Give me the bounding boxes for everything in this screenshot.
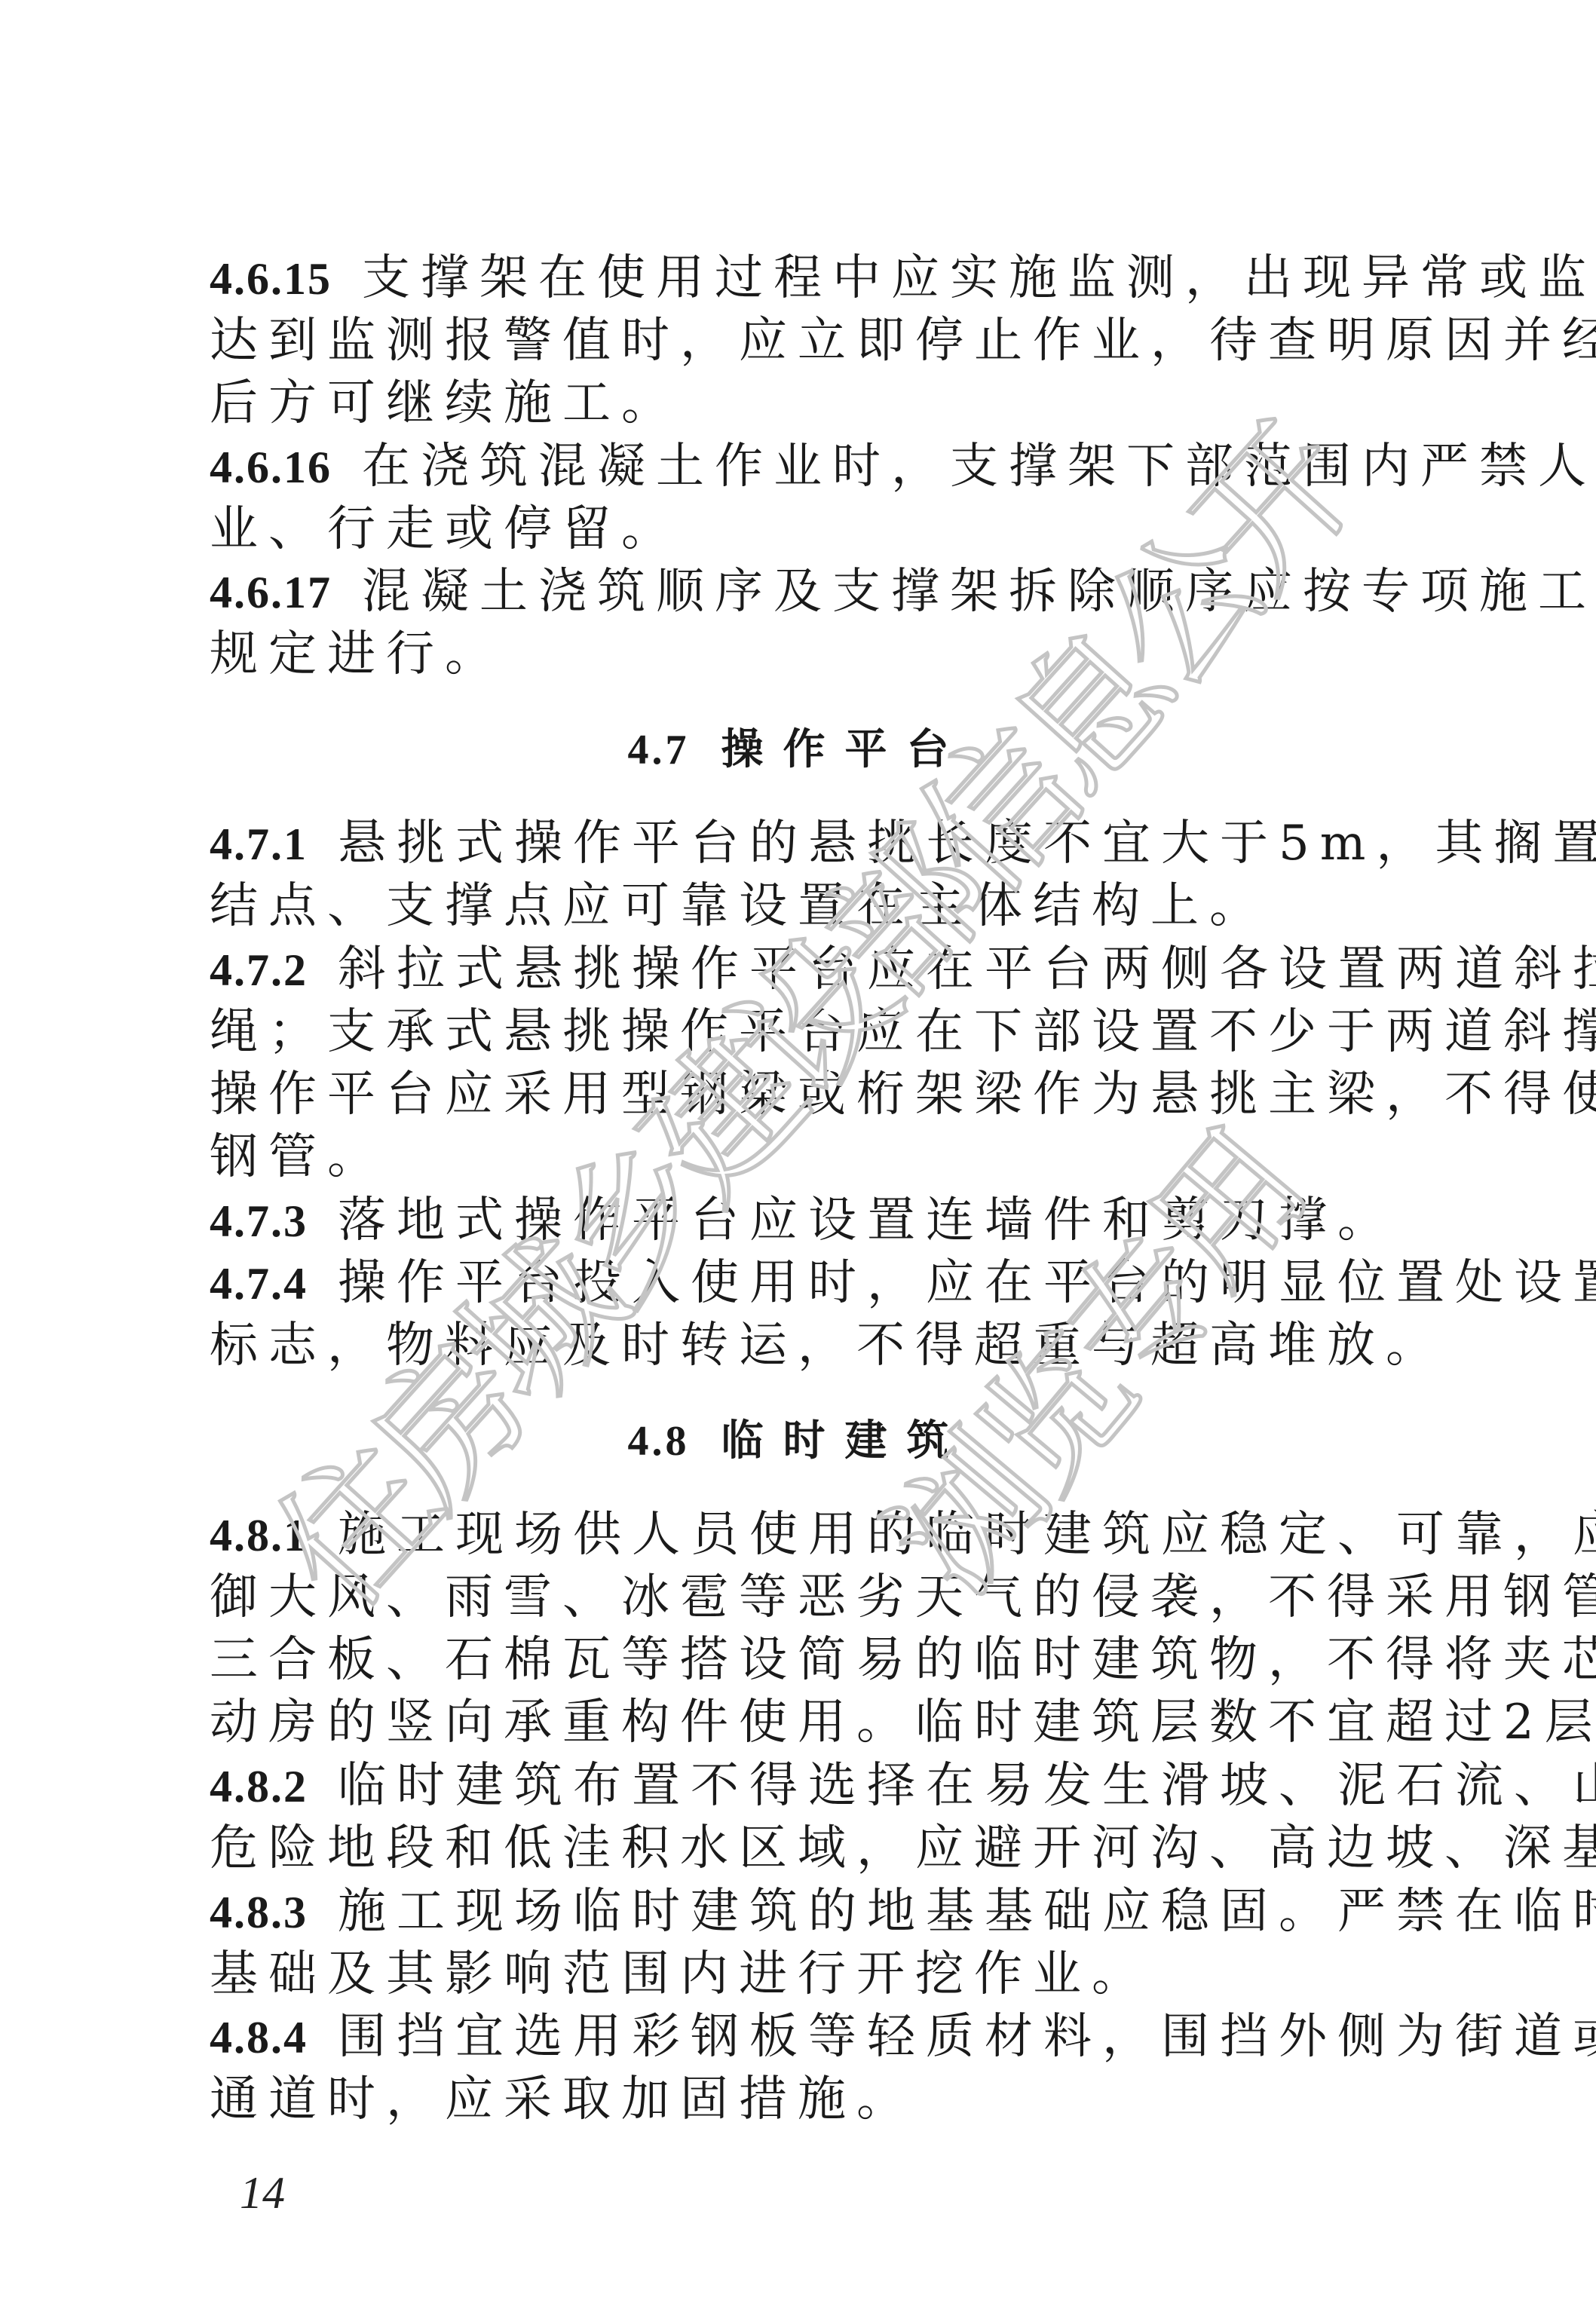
clause-line: 结点、支撑点应可靠设置在主体结构上。 [210, 875, 1401, 938]
clause-4-6-17: 4.6.17混凝土浇筑顺序及支撑架拆除顺序应按专项施工方案的 规定进行。 [210, 561, 1401, 686]
section-number: 4.8 [628, 1418, 690, 1465]
clause-line: 标志，物料应及时转运，不得超重与超高堆放。 [210, 1315, 1401, 1377]
clause-line: 4.6.16在浇筑混凝土作业时，支撑架下部范围内严禁人员作 [210, 436, 1401, 498]
clause-4-6-15: 4.6.15支撑架在使用过程中应实施监测，出现异常或监测数据 达到监测报警值时，… [210, 247, 1401, 435]
clause-line: 4.8.3施工现场临时建筑的地基基础应稳固。严禁在临时建筑 [210, 1881, 1401, 1943]
clause-4-7-2: 4.7.2斜拉式悬挑操作平台应在平台两侧各设置两道斜拉钢丝 绳；支承式悬挑操作平… [210, 939, 1401, 1189]
clause-number: 4.6.17 [210, 562, 332, 624]
clause-text: 施工现场临时建筑的地基基础应稳固。严禁在临时建筑 [338, 1884, 1596, 1940]
clause-line: 4.7.4操作平台投入使用时，应在平台的明显位置处设置限载 [210, 1252, 1401, 1315]
clause-text: 斜拉式悬挑操作平台应在平台两侧各设置两道斜拉钢丝 [338, 942, 1596, 997]
clause-4-8-3: 4.8.3施工现场临时建筑的地基基础应稳固。严禁在临时建筑 基础及其影响范围内进… [210, 1881, 1401, 2006]
clause-line: 钢管。 [210, 1126, 1401, 1189]
clause-number: 4.6.16 [210, 436, 332, 499]
clause-line: 动房的竖向承重构件使用。临时建筑层数不宜超过2层。 [210, 1692, 1401, 1754]
clause-line: 4.7.1悬挑式操作平台的悬挑长度不宜大于5m，其搁置点、拉 [210, 813, 1401, 875]
clause-line: 4.8.2临时建筑布置不得选择在易发生滑坡、泥石流、山洪等 [210, 1755, 1401, 1817]
clause-line: 规定进行。 [210, 623, 1401, 686]
section-title: 临时建筑 [721, 1416, 969, 1465]
clause-text: 落地式操作平台应设置连墙件和剪刀撑。 [338, 1193, 1396, 1248]
clause-number: 4.6.15 [210, 248, 332, 311]
clause-line: 4.6.17混凝土浇筑顺序及支撑架拆除顺序应按专项施工方案的 [210, 561, 1401, 623]
clause-line: 操作平台应采用型钢梁或桁架梁作为悬挑主梁，不得使用脚手架 [210, 1064, 1401, 1126]
section-number: 4.7 [628, 727, 690, 773]
clause-number: 4.7.2 [210, 939, 308, 1002]
clause-line: 4.7.2斜拉式悬挑操作平台应在平台两侧各设置两道斜拉钢丝 [210, 939, 1401, 1001]
clause-text: 围挡宜选用彩钢板等轻质材料，围挡外侧为街道或行人 [338, 2009, 1596, 2065]
clause-text: 在浇筑混凝土作业时，支撑架下部范围内严禁人员作 [362, 439, 1596, 495]
clause-line: 4.8.4围挡宜选用彩钢板等轻质材料，围挡外侧为街道或行人 [210, 2006, 1401, 2069]
clause-4-7-4: 4.7.4操作平台投入使用时，应在平台的明显位置处设置限载 标志，物料应及时转运… [210, 1252, 1401, 1377]
clause-line: 基础及其影响范围内进行开挖作业。 [210, 1943, 1401, 2006]
clause-line: 业、行走或停留。 [210, 498, 1401, 561]
clause-number: 4.7.1 [210, 813, 308, 876]
section-heading-4-8: 4.8临时建筑 [0, 1407, 1596, 1475]
clause-text: 施工现场供人员使用的临时建筑应稳定、可靠，应能抵 [338, 1507, 1596, 1563]
clause-4-8-2: 4.8.2临时建筑布置不得选择在易发生滑坡、泥石流、山洪等 危险地段和低洼积水区… [210, 1755, 1401, 1880]
clause-text: 悬挑式操作平台的悬挑长度不宜大于5m，其搁置点、拉 [338, 816, 1596, 871]
clause-line: 达到监测报警值时，应立即停止作业，待查明原因并经处理合格 [210, 310, 1401, 372]
clause-number: 4.8.1 [210, 1505, 308, 1567]
clause-line: 后方可继续施工。 [210, 372, 1401, 435]
document-page: 4.6.15支撑架在使用过程中应实施监测，出现异常或监测数据 达到监测报警值时，… [0, 0, 1596, 2312]
clause-text: 混凝土浇筑顺序及支撑架拆除顺序应按专项施工方案的 [362, 564, 1596, 620]
clause-text: 支撑架在使用过程中应实施监测，出现异常或监测数据 [362, 250, 1596, 306]
clause-line: 危险地段和低洼积水区域，应避开河沟、高边坡、深基坑边缘。 [210, 1817, 1401, 1880]
clause-line: 三合板、石棉瓦等搭设简易的临时建筑物，不得将夹芯板作为活 [210, 1629, 1401, 1692]
clause-4-7-1: 4.7.1悬挑式操作平台的悬挑长度不宜大于5m，其搁置点、拉 结点、支撑点应可靠… [210, 813, 1401, 938]
clause-line: 4.8.1施工现场供人员使用的临时建筑应稳定、可靠，应能抵 [210, 1504, 1401, 1566]
page-number: 14 [240, 2167, 285, 2219]
clause-number: 4.8.2 [210, 1756, 308, 1818]
clause-line: 4.7.3落地式操作平台应设置连墙件和剪刀撑。 [210, 1190, 1401, 1252]
section-heading-4-7: 4.7操作平台 [0, 716, 1596, 784]
clause-text: 临时建筑布置不得选择在易发生滑坡、泥石流、山洪等 [338, 1758, 1596, 1814]
clause-4-7-3: 4.7.3落地式操作平台应设置连墙件和剪刀撑。 [210, 1190, 1401, 1252]
clause-number: 4.7.3 [210, 1190, 308, 1253]
clause-line: 通道时，应采取加固措施。 [210, 2069, 1401, 2131]
clause-4-8-4: 4.8.4围挡宜选用彩钢板等轻质材料，围挡外侧为街道或行人 通道时，应采取加固措… [210, 2006, 1401, 2131]
clause-line: 4.6.15支撑架在使用过程中应实施监测，出现异常或监测数据 [210, 247, 1401, 310]
clause-line: 绳；支承式悬挑操作平台应在下部设置不少于两道斜撑；悬臂式 [210, 1001, 1401, 1064]
clause-number: 4.8.3 [210, 1882, 308, 1944]
clause-4-8-1: 4.8.1施工现场供人员使用的临时建筑应稳定、可靠，应能抵 御大风、雨雪、冰雹等… [210, 1504, 1401, 1754]
clause-line: 御大风、雨雪、冰雹等恶劣天气的侵袭，不得采用钢管、毛竹、 [210, 1566, 1401, 1629]
clause-4-6-16: 4.6.16在浇筑混凝土作业时，支撑架下部范围内严禁人员作 业、行走或停留。 [210, 436, 1401, 561]
clause-text: 操作平台投入使用时，应在平台的明显位置处设置限载 [338, 1255, 1596, 1311]
clause-number: 4.8.4 [210, 2007, 308, 2069]
clause-number: 4.7.4 [210, 1253, 308, 1315]
section-title: 操作平台 [721, 725, 969, 774]
